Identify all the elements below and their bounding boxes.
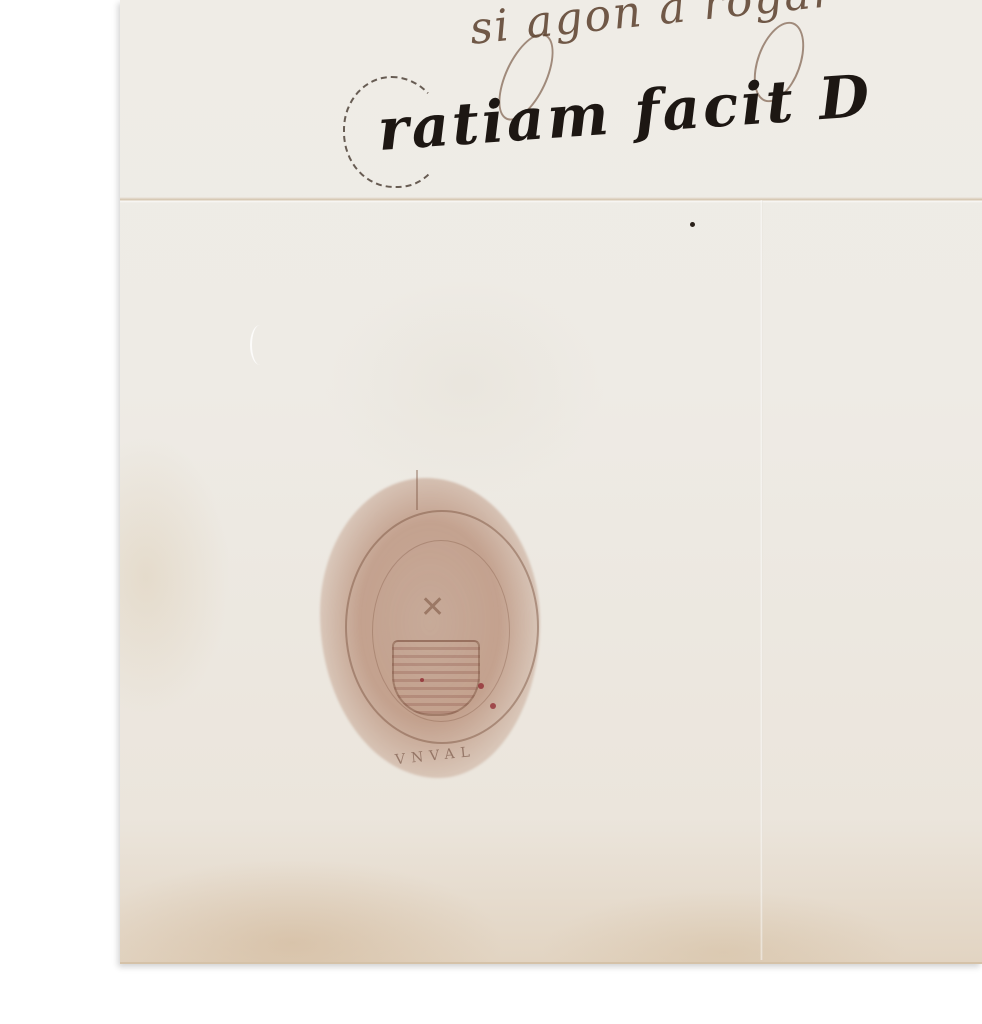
vertical-fold-crease xyxy=(760,200,763,960)
horizontal-fold-crease xyxy=(120,197,982,203)
seal-star-icon: ✕ xyxy=(420,590,445,625)
ink-dot xyxy=(690,222,695,227)
red-wax-fleck xyxy=(478,683,484,689)
seal-coat-of-arms-shield xyxy=(392,640,480,716)
paper-crease-mark xyxy=(250,325,270,365)
red-wax-fleck xyxy=(420,678,424,682)
red-wax-fleck xyxy=(490,703,496,709)
seal-crest-cross xyxy=(416,470,418,510)
